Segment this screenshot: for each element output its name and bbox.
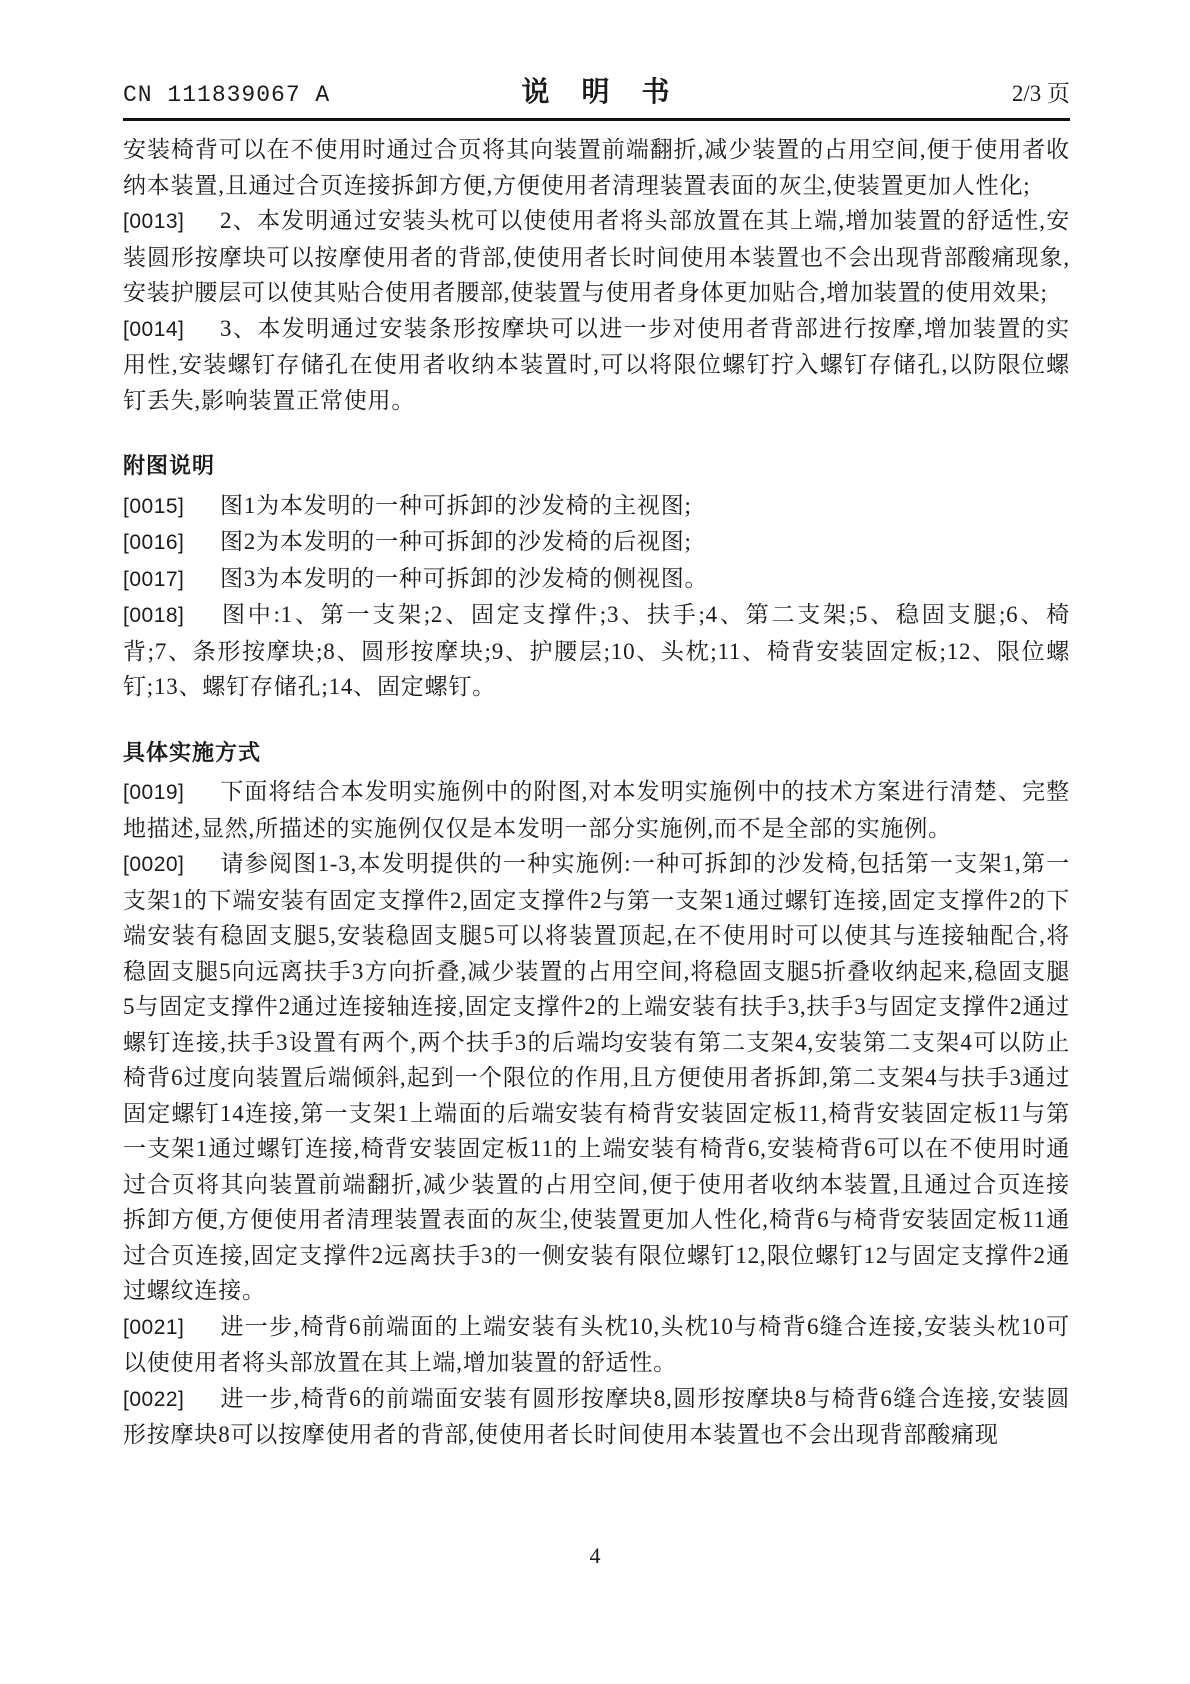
paragraph-tag: [0015] <box>123 489 220 525</box>
patent-number: CN 111839067 A <box>123 82 423 108</box>
page-indicator: 2/3 页 <box>770 75 1070 108</box>
paragraph-continuation: 安装椅背可以在不使用时通过合页将其向装置前端翻折,减少装置的占用空间,便于使用者… <box>123 132 1070 203</box>
paragraph-tag: [0017] <box>123 562 220 598</box>
paragraph-tag: [0013] <box>123 204 220 240</box>
paragraph-text: 图3为本发明的一种可拆卸的沙发椅的侧视图。 <box>220 566 708 591</box>
paragraph-0021: [0021]进一步,椅背6前端面的上端安装有头枕10,头枕10与椅背6缝合连接,… <box>123 1309 1070 1381</box>
paragraph-tag: [0014] <box>123 312 220 348</box>
paragraph-0020: [0020]请参阅图1-3,本发明提供的一种实施例:一种可拆卸的沙发椅,包括第一… <box>123 846 1070 1309</box>
paragraph-text: 下面将结合本发明实施例中的附图,对本发明实施例中的技术方案进行清楚、完整地描述,… <box>123 779 1070 841</box>
paragraph-tag: [0021] <box>123 1310 220 1346</box>
paragraph-0022: [0022]进一步,椅背6的前端面安装有圆形按摩块8,圆形按摩块8与椅背6缝合连… <box>123 1381 1070 1453</box>
paragraph-tag: [0016] <box>123 525 220 561</box>
paragraph-tag: [0019] <box>123 775 220 811</box>
page-header: CN 111839067 A 说 明 书 2/3 页 <box>123 0 1070 110</box>
paragraph-0018: [0018]图中:1、第一支架;2、固定支撑件;3、扶手;4、第二支架;5、稳固… <box>123 597 1070 705</box>
paragraph-0017: [0017]图3为本发明的一种可拆卸的沙发椅的侧视图。 <box>123 561 1070 598</box>
paragraph-text: 图1为本发明的一种可拆卸的沙发椅的主视图; <box>220 493 692 518</box>
section-heading-embodiments: 具体实施方式 <box>123 735 1070 771</box>
paragraph-text: 进一步,椅背6前端面的上端安装有头枕10,头枕10与椅背6缝合连接,安装头枕10… <box>123 1314 1070 1376</box>
paragraph-0019: [0019]下面将结合本发明实施例中的附图,对本发明实施例中的技术方案进行清楚、… <box>123 774 1070 846</box>
section-heading-figures: 附图说明 <box>123 448 1070 484</box>
paragraph-text: 请参阅图1-3,本发明提供的一种实施例:一种可拆卸的沙发椅,包括第一支架1,第一… <box>123 851 1070 1303</box>
paragraph-text: 2、本发明通过安装头枕可以使使用者将头部放置在其上端,增加装置的舒适性,安装圆形… <box>123 208 1070 305</box>
paragraph-tag: [0018] <box>123 598 220 634</box>
paragraph-text: 图中:1、第一支架;2、固定支撑件;3、扶手;4、第二支架;5、稳固支腿;6、椅… <box>123 602 1070 699</box>
patent-page: CN 111839067 A 说 明 书 2/3 页 安装椅背可以在不使用时通过… <box>0 0 1190 1684</box>
paragraph-tag: [0022] <box>123 1382 220 1418</box>
paragraph-text: 进一步,椅背6的前端面安装有圆形按摩块8,圆形按摩块8与椅背6缝合连接,安装圆形… <box>123 1386 1070 1448</box>
doc-title: 说 明 书 <box>423 70 770 110</box>
paragraph-0016: [0016]图2为本发明的一种可拆卸的沙发椅的后视图; <box>123 524 1070 561</box>
paragraph-text: 安装椅背可以在不使用时通过合页将其向装置前端翻折,减少装置的占用空间,便于使用者… <box>123 137 1070 198</box>
paragraph-0013: [0013]2、本发明通过安装头枕可以使使用者将头部放置在其上端,增加装置的舒适… <box>123 203 1070 311</box>
paragraph-text: 图2为本发明的一种可拆卸的沙发椅的后视图; <box>220 529 692 554</box>
paragraph-0015: [0015]图1为本发明的一种可拆卸的沙发椅的主视图; <box>123 488 1070 525</box>
paragraph-text: 3、本发明通过安装条形按摩块可以进一步对使用者背部进行按摩,增加装置的实用性,安… <box>123 316 1070 413</box>
page-number: 4 <box>0 1543 1190 1569</box>
header-rule <box>123 118 1070 121</box>
document-body: 安装椅背可以在不使用时通过合页将其向装置前端翻折,减少装置的占用空间,便于使用者… <box>123 132 1070 1453</box>
paragraph-0014: [0014]3、本发明通过安装条形按摩块可以进一步对使用者背部进行按摩,增加装置… <box>123 311 1070 419</box>
paragraph-tag: [0020] <box>123 847 220 883</box>
